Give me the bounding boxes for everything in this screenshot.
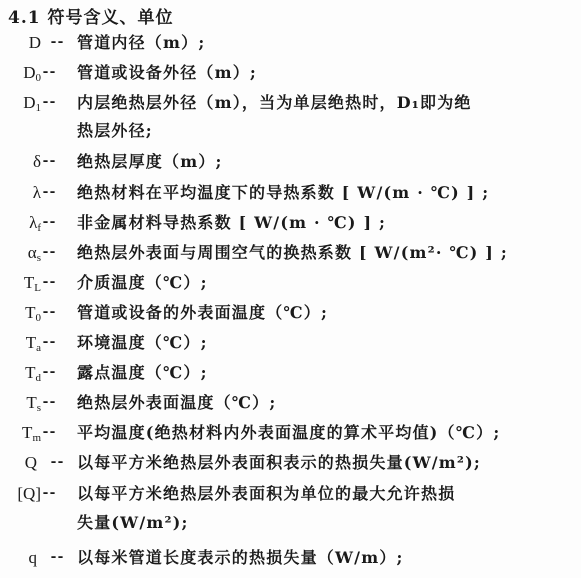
symbol-description: 露点温度（℃）; [77,359,208,387]
symbol-row-d: D -- 管道内径（m）; [0,29,581,57]
symbol-row-d1-continuation: 热层外径; [0,117,581,145]
symbol-row-t-s: Ts -- 绝热层外表面温度（℃）; [0,389,581,417]
symbol-description: 绝热层厚度（m）; [77,148,223,176]
dash-separator: -- [49,29,79,57]
dash-separator: -- [41,389,71,417]
symbol-description: 绝热层外表面温度（℃）; [77,389,276,417]
section-number: 4.1 [8,8,41,28]
symbol-description: 介质温度（℃）; [77,269,208,297]
symbol-row-t-l: TL -- 介质温度（℃）; [0,269,581,297]
symbol: D [29,29,41,57]
symbol: δ [33,148,41,176]
dash-separator: -- [41,239,71,267]
symbol-row-alpha-s: αs -- 绝热层外表面与周围空气的换热系数 [ W/(m²· ℃) ] ; [0,239,581,267]
symbol-description: 非金属材料导热系数 [ W/(m · ℃) ] ; [77,209,386,237]
symbol-description: 绝热材料在平均温度下的导热系数 [ W/(m · ℃) ] ; [77,179,489,207]
dash-separator: -- [41,329,71,357]
dash-separator: -- [41,359,71,387]
symbol: αs [28,239,41,267]
symbol-description: 内层绝热层外径（m），当为单层绝热时，D₁即为绝 [77,89,472,117]
symbol-description: 管道或设备外径（m）; [77,59,257,87]
symbol-description: 绝热层外表面与周围空气的换热系数 [ W/(m²· ℃) ] ; [77,239,508,267]
symbol: TL [24,269,41,297]
dash-separator: -- [41,419,71,447]
dash-separator: -- [41,209,71,237]
dash-separator: -- [41,148,71,176]
symbol-row-q-max-continuation: 失量(W/m²); [0,509,581,537]
symbol-description: 平均温度(绝热材料内外表面温度的算术平均值)（℃）; [77,419,500,447]
symbol-description: 管道内径（m）; [77,29,205,57]
symbol-row-delta: δ -- 绝热层厚度（m）; [0,148,581,176]
dash-separator: -- [41,59,71,87]
dash-separator: -- [41,89,71,117]
symbol-row-t-0: T0 -- 管道或设备的外表面温度（℃）; [0,299,581,327]
symbol-row-t-a: Ta -- 环境温度（℃）; [0,329,581,357]
dash-separator: -- [41,299,71,327]
symbol-row-lambda: λ -- 绝热材料在平均温度下的导热系数 [ W/(m · ℃) ] ; [0,179,581,207]
symbol: Q [25,449,37,477]
section-title: 符号含义、单位 [48,8,174,28]
symbol-description-continuation: 热层外径; [77,117,153,145]
symbol-row-t-d: Td -- 露点温度（℃）; [0,359,581,387]
symbol: Tm [22,419,41,447]
document-page: 4.1 符号含义、单位 D -- 管道内径（m）; D0 -- 管道或设备外径（… [0,0,581,578]
symbol: D1 [23,89,41,117]
symbol: Ts [26,389,41,417]
symbol: Ta [26,329,41,357]
symbol-row-d1: D1 -- 内层绝热层外径（m），当为单层绝热时，D₁即为绝 [0,89,581,117]
dash-separator: -- [41,480,71,508]
symbol: [Q] [17,480,41,508]
dash-separator: -- [49,449,79,477]
symbol-description: 管道或设备的外表面温度（℃）; [77,299,328,327]
symbol-description: 以每平方米绝热层外表面积表示的热损失量(W/m²); [77,449,481,477]
symbol: λf [29,209,41,237]
symbol-description: 以每米管道长度表示的热损失量（W/m）; [77,544,404,572]
section-heading: 4.1 符号含义、单位 [8,3,174,28]
symbol: λ [33,179,41,207]
symbol-row-d0: D0 -- 管道或设备外径（m）; [0,59,581,87]
dash-separator: -- [41,179,71,207]
symbol-row-q-length: q -- 以每米管道长度表示的热损失量（W/m）; [0,544,581,572]
symbol: T0 [25,299,41,327]
symbol-description-continuation: 失量(W/m²); [77,509,189,537]
symbol-description: 环境温度（℃）; [77,329,208,357]
symbol-row-q-area: Q -- 以每平方米绝热层外表面积表示的热损失量(W/m²); [0,449,581,477]
symbol: D0 [23,59,41,87]
symbol-row-lambda-f: λf -- 非金属材料导热系数 [ W/(m · ℃) ] ; [0,209,581,237]
symbol: Td [25,359,41,387]
symbol: q [29,544,38,572]
symbol-row-t-m: Tm -- 平均温度(绝热材料内外表面温度的算术平均值)（℃）; [0,419,581,447]
dash-separator: -- [41,269,71,297]
symbol-row-q-max: [Q] -- 以每平方米绝热层外表面积为单位的最大允许热损 [0,480,581,508]
dash-separator: -- [49,544,79,572]
symbol-description: 以每平方米绝热层外表面积为单位的最大允许热损 [77,480,455,508]
